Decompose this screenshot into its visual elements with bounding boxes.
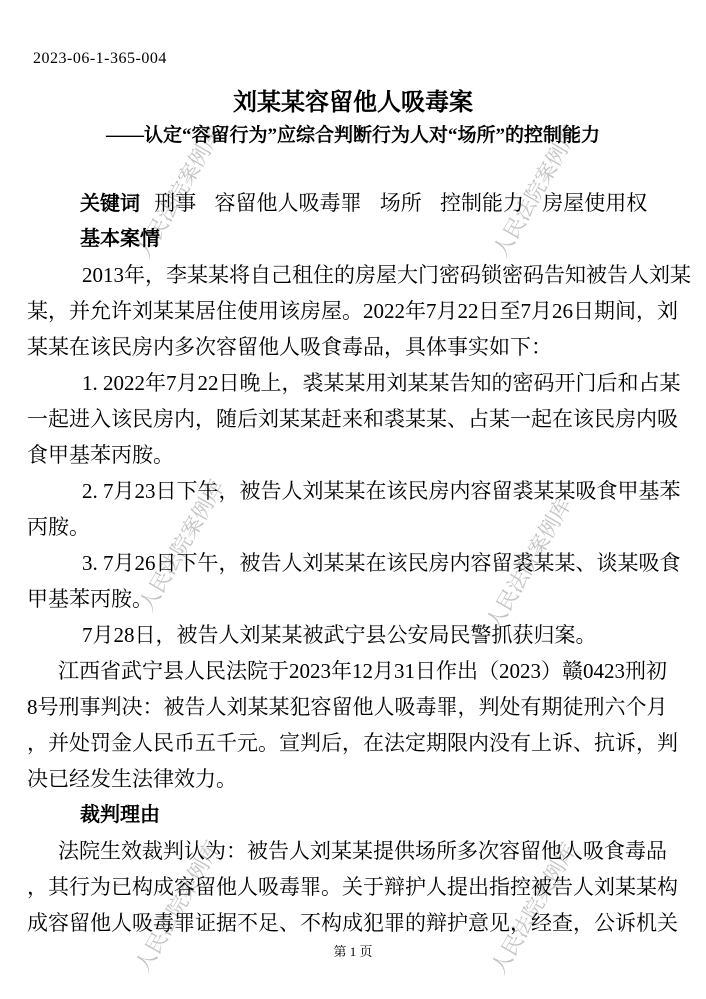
paragraph-line: ，并处罚金人民币五千元。宣判后，在法定期限内没有上诉、抗诉，判 xyxy=(27,725,679,761)
keywords-line: 关键词 刑事 容留他人吸毒罪 场所 控制能力 房屋使用权 xyxy=(27,185,679,221)
keywords-label: 关键词 xyxy=(80,193,140,215)
paragraph-line: 7月28日，被告人刘某某被武宁县公安局民警抓获归案。 xyxy=(27,617,679,653)
paragraph-line: 一起进入该民房内，随后刘某某赶来和裘某某、占某一起在该民房内吸 xyxy=(27,401,679,437)
paragraph-line: 某，并允许刘某某居住使用该房屋。2022年7月22日至7月26日期间，刘 xyxy=(27,293,679,329)
paragraph-line: ，其行为已构成容留他人吸毒罪。关于辩护人提出指控被告人刘某某构 xyxy=(27,869,679,905)
document-page: 人民法院案例库 人民法院案例库 人民法院案例库 人民法院案例库 人民法院案例库 … xyxy=(0,0,706,999)
keyword-item: 刑事 xyxy=(154,191,196,215)
paragraph-line: 江西省武宁县人民法院于2023年12月31日作出（2023）赣0423刑初 xyxy=(27,653,679,689)
paragraph-line: 丙胺。 xyxy=(27,509,679,545)
paragraph-line: 3. 7月26日下午，被告人刘某某在该民房内容留裘某某、谈某吸食 xyxy=(27,545,679,581)
paragraph-line: 2. 7月23日下午，被告人刘某某在该民房内容留裘某某吸食甲基苯 xyxy=(27,473,679,509)
keyword-item: 房屋使用权 xyxy=(542,191,647,215)
paragraph-line: 决已经发生法律效力。 xyxy=(27,761,679,797)
page-number: 第 1 页 xyxy=(0,941,706,960)
paragraph-line: 法院生效裁判认为：被告人刘某某提供场所多次容留他人吸食毒品 xyxy=(27,833,679,869)
keyword-item: 容留他人吸毒罪 xyxy=(215,191,362,215)
keyword-item: 控制能力 xyxy=(440,191,524,215)
doc-number: 2023-06-1-365-004 xyxy=(33,50,167,68)
paragraph-line: 8号刑事判决：被告人刘某某犯容留他人吸毒罪，判处有期徒刑六个月 xyxy=(27,689,679,725)
case-subtitle: ——认定“容留行为”应综合判断行为人对“场所”的控制能力 xyxy=(0,120,706,147)
keyword-item: 场所 xyxy=(380,191,422,215)
paragraph-line: 1. 2022年7月22日晚上，裘某某用刘某某告知的密码开门后和占某 xyxy=(27,365,679,401)
paragraph-line: 食甲基苯丙胺。 xyxy=(27,437,679,473)
section-heading-judgment-reasons: 裁判理由 xyxy=(27,797,679,833)
paragraph-line: 甲基苯丙胺。 xyxy=(27,581,679,617)
document-body: 关键词 刑事 容留他人吸毒罪 场所 控制能力 房屋使用权 基本案情 2013年，… xyxy=(27,185,679,941)
paragraph-line: 2013年，李某某将自己租住的房屋大门密码锁密码告知被告人刘某 xyxy=(27,257,679,293)
section-heading-basic-facts: 基本案情 xyxy=(27,221,679,257)
paragraph-line: 某某在该民房内多次容留他人吸食毒品，具体事实如下： xyxy=(27,329,679,365)
case-title: 刘某某容留他人吸毒案 xyxy=(0,82,706,117)
paragraph-line: 成容留他人吸毒罪证据不足、不构成犯罪的辩护意见，经查，公诉机关 xyxy=(27,905,679,941)
